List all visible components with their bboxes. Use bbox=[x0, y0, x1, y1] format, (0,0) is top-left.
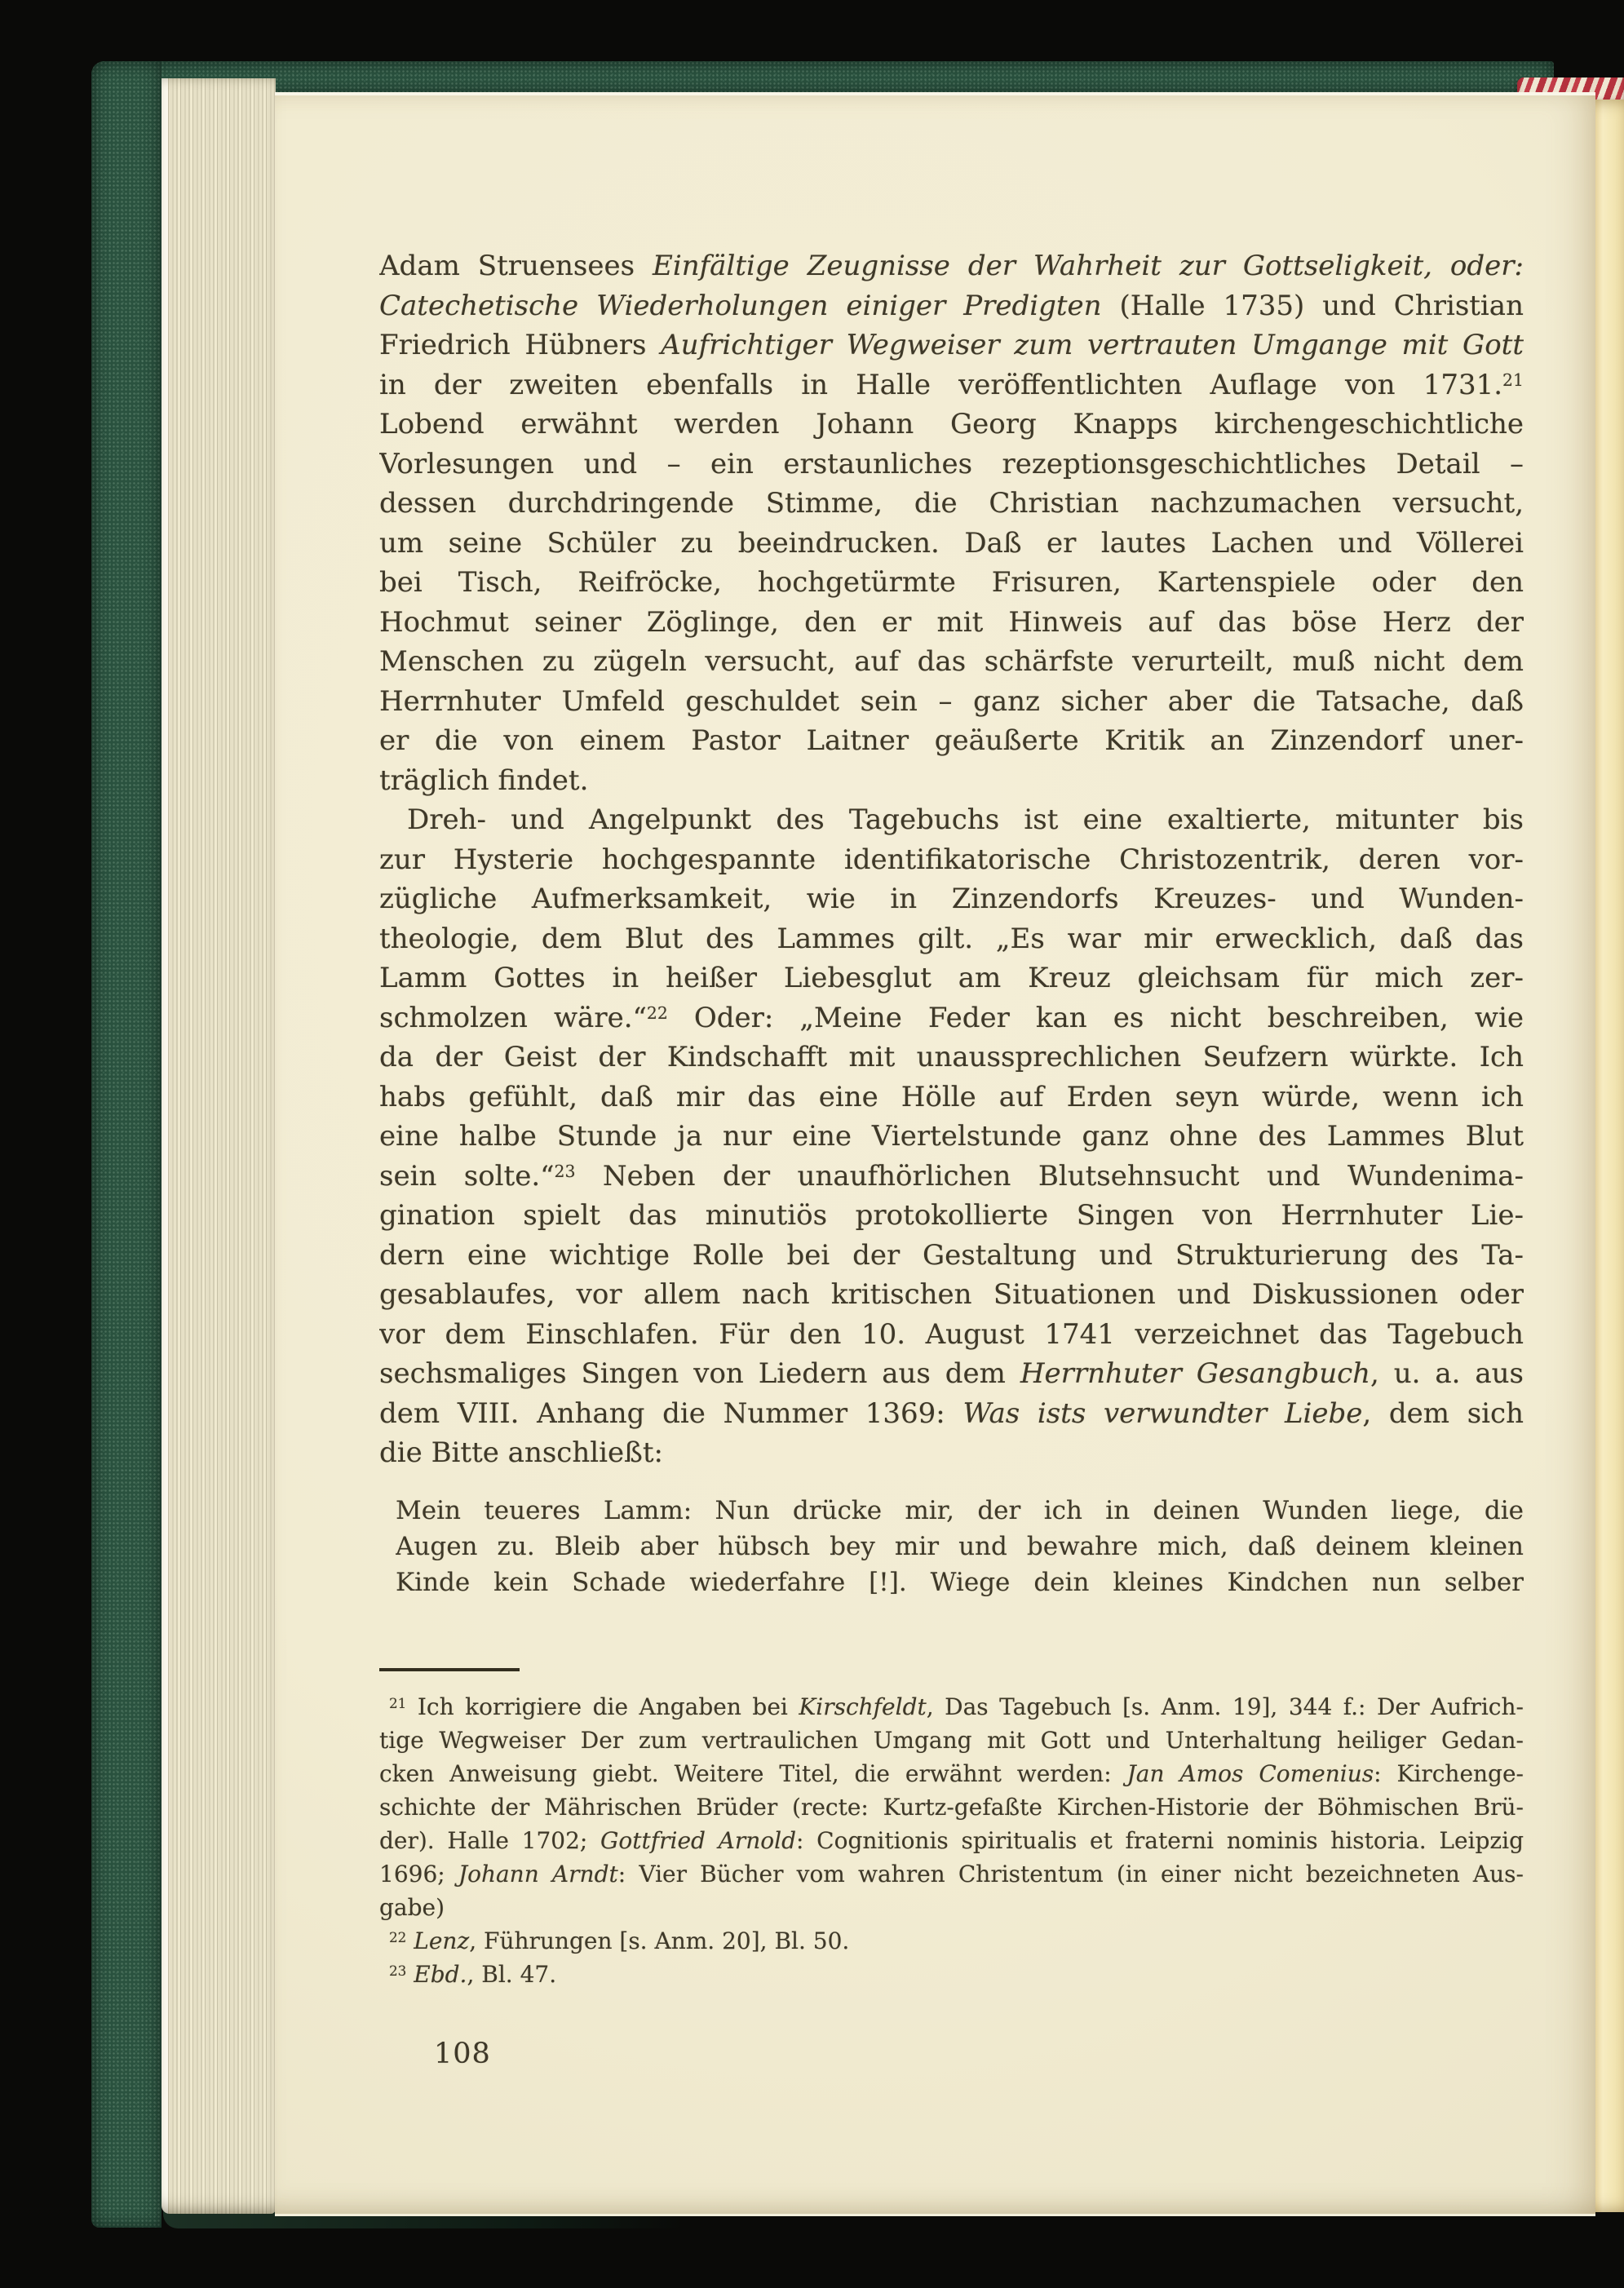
book-page: Adam Struensees Einfältige Zeugnisse der… bbox=[275, 92, 1595, 2216]
text-line: cken Anweisung giebt. Weitere Titel, die… bbox=[379, 1757, 1524, 1790]
text-line: der). Halle 1702; Gottfried Arnold: Cogn… bbox=[379, 1824, 1524, 1857]
text-line: um seine Schüler zu beeindrucken. Daß er… bbox=[379, 524, 1524, 564]
text-line: bei Tisch, Reifröcke, hochgetürmte Frisu… bbox=[379, 563, 1524, 603]
text-line: Herrnhuter Umfeld geschuldet sein – ganz… bbox=[379, 682, 1524, 722]
text-line: träglich findet. bbox=[379, 761, 1524, 801]
text-line: in der zweiten ebenfalls in Halle veröff… bbox=[379, 365, 1524, 405]
text-line: Adam Struensees Einfältige Zeugnisse der… bbox=[379, 246, 1524, 286]
text-line: gabe) bbox=[379, 1891, 1524, 1924]
text-line: da der Geist der Kindschafft mit unaussp… bbox=[379, 1038, 1524, 1078]
text-line: Dreh- und Angelpunkt des Tagebuchs ist e… bbox=[379, 800, 1524, 840]
main-text: Adam Struensees Einfältige Zeugnisse der… bbox=[379, 246, 1524, 1473]
text-line: Kinde kein Schade wiederfahre [!]. Wiege… bbox=[396, 1564, 1524, 1600]
text-line: Augen zu. Bleib aber hübsch bey mir und … bbox=[396, 1529, 1524, 1564]
text-line: Lamm Gottes in heißer Liebesglut am Kreu… bbox=[379, 958, 1524, 998]
footnotes: 21 Ich korrigiere die Angaben bei Kirsch… bbox=[379, 1690, 1524, 1991]
text-line: habs gefühlt, daß mir das eine Hölle auf… bbox=[379, 1078, 1524, 1117]
text-line: sechsmaliges Singen von Liedern aus dem … bbox=[379, 1354, 1524, 1394]
page-stack-fore-edge bbox=[162, 78, 276, 2214]
text-line: zügliche Aufmerksamkeit, wie in Zinzendo… bbox=[379, 879, 1524, 919]
text-line: gesablaufes, vor allem nach kritischen S… bbox=[379, 1275, 1524, 1315]
text-line: er die von einem Pastor Laitner geäußert… bbox=[379, 721, 1524, 761]
gutter-next-page bbox=[1591, 100, 1624, 2212]
text-line: 1696; Johann Arndt: Vier Bücher vom wahr… bbox=[379, 1857, 1524, 1891]
text-line: dessen durchdringende Stimme, die Christ… bbox=[379, 484, 1524, 524]
text-line: vor dem Einschlafen. Für den 10. August … bbox=[379, 1315, 1524, 1355]
text-line: dem VIII. Anhang die Nummer 1369: Was is… bbox=[379, 1394, 1524, 1434]
book-cover-left-edge bbox=[91, 61, 162, 2228]
book-cover-top-edge bbox=[91, 61, 1554, 94]
text-line: theologie, dem Blut des Lammes gilt. „Es… bbox=[379, 919, 1524, 959]
text-line: Mein teueres Lamm: Nun drücke mir, der i… bbox=[396, 1493, 1524, 1529]
text-line: 22 Lenz, Führungen [s. Anm. 20], Bl. 50. bbox=[379, 1924, 1524, 1958]
text-line: zur Hysterie hochgespannte identifikator… bbox=[379, 840, 1524, 880]
text-line: tige Wegweiser Der zum vertraulichen Umg… bbox=[379, 1724, 1524, 1757]
text-line: Vorlesungen und – ein erstaunliches reze… bbox=[379, 445, 1524, 485]
text-line: schichte der Mährischen Brüder (recte: K… bbox=[379, 1790, 1524, 1824]
text-line: eine halbe Stunde ja nur eine Viertelstu… bbox=[379, 1117, 1524, 1157]
text-line: schmolzen wäre.“22 Oder: „Meine Feder ka… bbox=[379, 998, 1524, 1038]
text-line: Hochmut seiner Zöglinge, den er mit Hinw… bbox=[379, 603, 1524, 643]
text-line: gination spielt das minutiös protokollie… bbox=[379, 1196, 1524, 1236]
text-line: die Bitte anschließt: bbox=[379, 1433, 1524, 1473]
text-line: Friedrich Hübners Aufrichtiger Wegweiser… bbox=[379, 325, 1524, 365]
text-line: sein solte.“23 Neben der unaufhörlichen … bbox=[379, 1157, 1524, 1197]
text-line: 21 Ich korrigiere die Angaben bei Kirsch… bbox=[379, 1690, 1524, 1724]
block-quote: Mein teueres Lamm: Nun drücke mir, der i… bbox=[396, 1493, 1524, 1600]
text-line: Catechetische Wiederholungen einiger Pre… bbox=[379, 286, 1524, 326]
text-line: dern eine wichtige Rolle bei der Gestalt… bbox=[379, 1236, 1524, 1276]
footnote-separator-rule bbox=[379, 1668, 520, 1671]
page-number: 108 bbox=[434, 2038, 491, 2070]
text-line: Lobend erwähnt werden Johann Georg Knapp… bbox=[379, 405, 1524, 445]
text-line: Menschen zu zügeln versucht, auf das sch… bbox=[379, 642, 1524, 682]
book-photo-scene: Adam Struensees Einfältige Zeugnisse der… bbox=[0, 0, 1624, 2288]
text-line: 23 Ebd., Bl. 47. bbox=[379, 1958, 1524, 1991]
